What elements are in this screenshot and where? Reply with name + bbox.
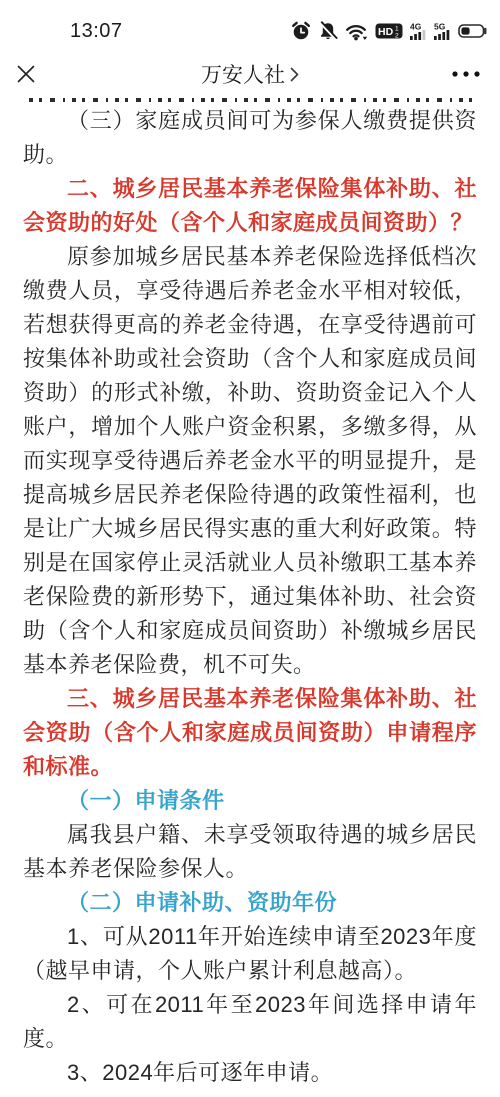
svg-text:2: 2 [395,33,399,40]
section-heading-2: 二、城乡居民基本养老保险集体补助、社会资助的好处（含个人和家庭成员间资助）？ [23,172,477,240]
more-dots-icon [450,70,482,78]
sim1-network-label: 4G [410,22,422,32]
close-icon [16,64,36,84]
phone-screen: 13:07 [0,0,500,1097]
close-button[interactable] [16,64,36,84]
section-heading-3: 三、城乡居民基本养老保险集体补助、社会资助（含个人和家庭成员间资助）申请程序和标… [23,682,477,784]
paragraph: 原参加城乡居民基本养老保险选择低档次缴费人员，享受待遇后养老金水平相对较低，若想… [23,240,477,682]
sim2-network-label: 5G [434,22,446,32]
status-bar: 13:07 [0,0,500,54]
list-item-3: 3、2024年后可逐年申请。 [23,1056,477,1090]
article-content: （三）家庭成员间可为参保人缴费提供资助。 二、城乡居民基本养老保险集体补助、社会… [0,94,500,1090]
nav-bar: 万安人社 [0,54,500,94]
signal-4g: 4G [410,22,427,41]
notifications-muted-icon [318,21,338,41]
account-title-button[interactable]: 万安人社 [201,59,299,89]
hd-badge-label: HD [378,26,394,38]
hd-volte-badge: HD 1 2 [375,23,403,39]
more-button[interactable] [450,70,482,78]
status-icons: HD 1 2 4G 5G [291,21,488,41]
subsection-heading-2: （二）申请补助、资助年份 [23,886,477,920]
alarm-icon [291,21,311,41]
battery-icon [458,24,488,38]
svg-text:1: 1 [395,26,399,33]
chevron-right-icon [290,67,299,82]
subsection-heading-1: （一）申请条件 [23,784,477,818]
clipped-text-line [23,94,477,104]
paragraph: （三）家庭成员间可为参保人缴费提供资助。 [23,104,477,172]
signal-5g: 5G [434,22,451,41]
page-title: 万安人社 [201,59,285,89]
wifi-icon [345,22,368,41]
paragraph: 属我县户籍、未享受领取待遇的城乡居民基本养老保险参保人。 [23,818,477,886]
clock-time: 13:07 [70,20,123,43]
list-item-1: 1、可从2011年开始连续申请至2023年度（越早申请，个人账户累计利息越高）。 [23,920,477,988]
list-item-2: 2、可在2011年至2023年间选择申请年度。 [23,988,477,1056]
